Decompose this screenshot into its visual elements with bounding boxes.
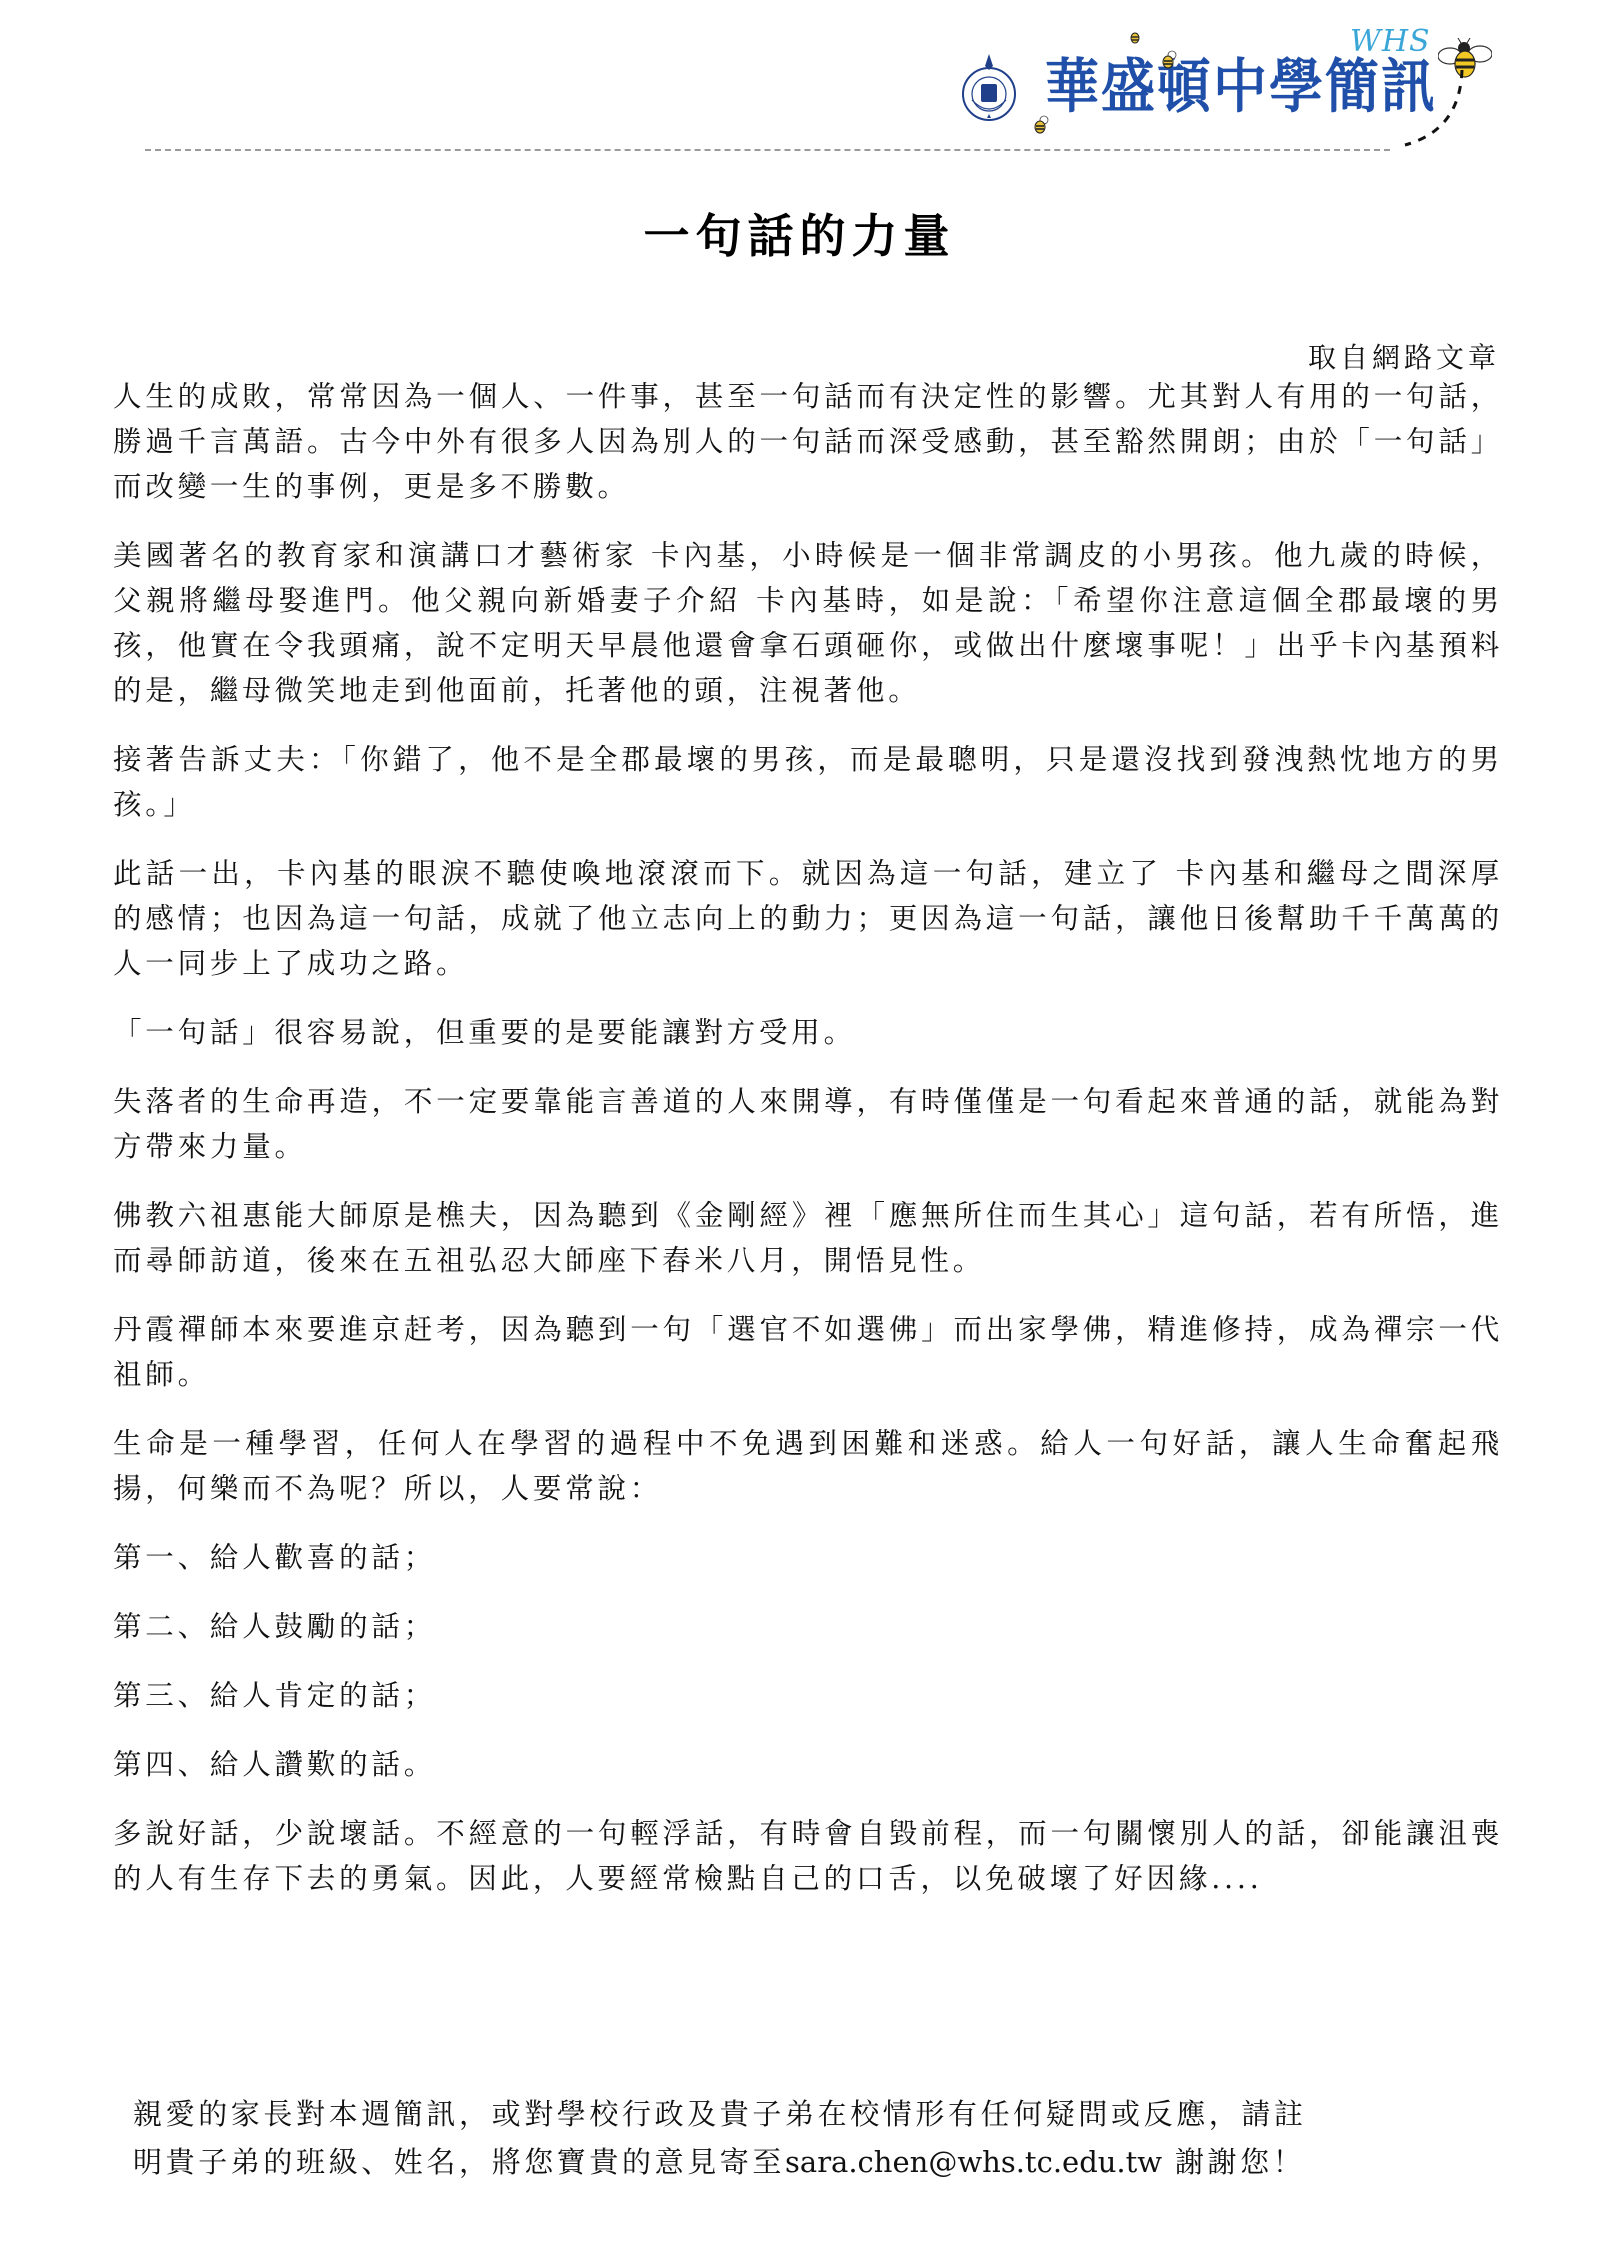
paragraph: 丹霞禪師本來要進京赶考，因為聽到一句「選官不如選佛」而出家學佛，精進修持，成為禪… bbox=[113, 1307, 1503, 1397]
paragraph: 美國著名的教育家和演講口才藝術家 卡內基，小時候是一個非常調皮的小男孩。他九歲的… bbox=[113, 533, 1503, 713]
article-title: 一句話的力量 bbox=[0, 200, 1599, 266]
footer-text: 明貴子弟的班級、姓名，將您寶貴的意見寄至 bbox=[133, 2145, 785, 2179]
paragraph: 失落者的生命再造，不一定要靠能言善道的人來開導，有時僅僅是一句看起來普通的話，就… bbox=[113, 1079, 1503, 1169]
list-item: 第四、給人讚歎的話。 bbox=[113, 1742, 1503, 1787]
footer-thanks: 謝謝您！ bbox=[1162, 2145, 1305, 2179]
paragraph: 人生的成敗，常常因為一個人、一件事，甚至一句話而有決定性的影響。尤其對人有用的一… bbox=[113, 374, 1503, 509]
article-source: 取自網路文章 bbox=[1308, 336, 1500, 376]
newsletter-title: 華盛頓中學簡訊 bbox=[1045, 58, 1437, 116]
bee-icon bbox=[1128, 30, 1142, 44]
header-divider bbox=[145, 149, 1390, 151]
list-item: 第三、給人肯定的話； bbox=[113, 1673, 1503, 1718]
paragraph: 生命是一種學習，任何人在學習的過程中不免遇到困難和迷惑。給人一句好話，讓人生命奮… bbox=[113, 1421, 1503, 1511]
contact-email-link[interactable]: sara.chen@whs.tc.edu.tw bbox=[785, 2145, 1162, 2179]
footer-line: 親愛的家長對本週簡訊，或對學校行政及貴子弟在校情形有任何疑問或反應，請註 bbox=[133, 2090, 1513, 2138]
bee-icon bbox=[1032, 115, 1050, 135]
paragraph: 接著告訴丈夫：「你錯了，他不是全郡最壞的男孩，而是最聰明，只是還沒找到發洩熱忱地… bbox=[113, 737, 1503, 827]
list-item: 第二、給人鼓勵的話； bbox=[113, 1604, 1503, 1649]
article-body: 人生的成敗，常常因為一個人、一件事，甚至一句話而有決定性的影響。尤其對人有用的一… bbox=[113, 374, 1503, 1925]
bee-icon bbox=[1160, 50, 1178, 70]
list-item: 第一、給人歡喜的話； bbox=[113, 1535, 1503, 1580]
bee-flight-path bbox=[1400, 60, 1510, 160]
school-seal-icon bbox=[960, 52, 1018, 124]
newsletter-header: 華盛頓中學簡訊 WHS bbox=[0, 0, 1599, 160]
footer-line: 明貴子弟的班級、姓名，將您寶貴的意見寄至sara.chen@whs.tc.edu… bbox=[133, 2138, 1513, 2186]
parent-feedback-note: 親愛的家長對本週簡訊，或對學校行政及貴子弟在校情形有任何疑問或反應，請註 明貴子… bbox=[133, 2090, 1513, 2186]
paragraph: 「一句話」很容易說，但重要的是要能讓對方受用。 bbox=[113, 1010, 1503, 1055]
paragraph: 此話一出，卡內基的眼淚不聽使喚地滾滾而下。就因為這一句話，建立了 卡內基和繼母之… bbox=[113, 851, 1503, 986]
whs-logo-text: WHS bbox=[1350, 24, 1431, 59]
paragraph: 佛教六祖惠能大師原是樵夫，因為聽到《金剛經》裡「應無所住而生其心」這句話，若有所… bbox=[113, 1193, 1503, 1283]
closing-paragraph: 多說好話，少說壞話。不經意的一句輕浮話，有時會自毀前程，而一句關懷別人的話，卻能… bbox=[113, 1811, 1503, 1901]
